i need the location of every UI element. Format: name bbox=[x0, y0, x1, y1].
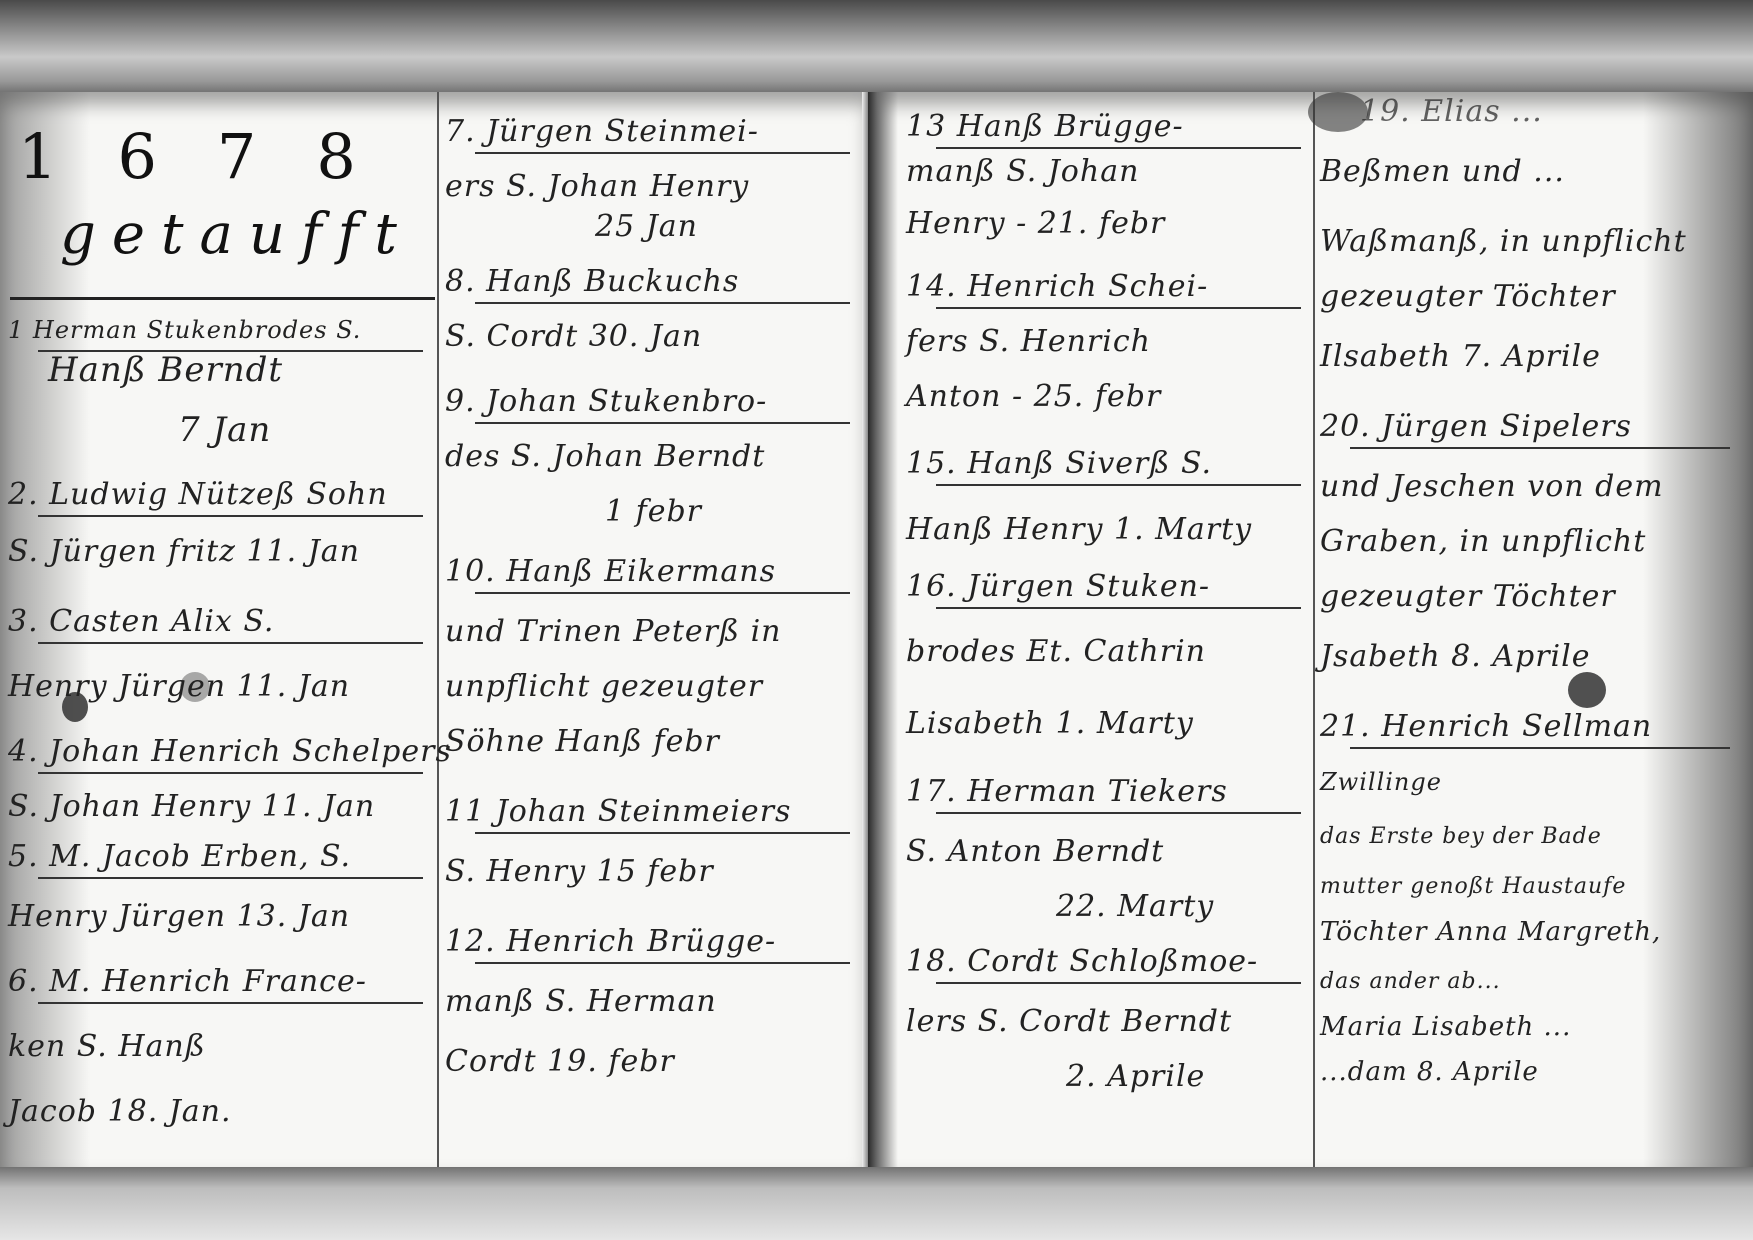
entry-line: gezeugter Töchter bbox=[1320, 277, 1740, 317]
entry-line: des S. Johan Berndt bbox=[445, 437, 860, 477]
entry-line: Hanß Berndt bbox=[8, 350, 433, 390]
entry-line: 10. Hanß Eikermans bbox=[445, 552, 860, 592]
entry-line: 16. Jürgen Stuken- bbox=[906, 567, 1311, 607]
entry-line: 2. Ludwig Nützeß Sohn bbox=[8, 475, 433, 515]
column-rule bbox=[1313, 92, 1315, 1167]
entry-line: Anton - 25. febr bbox=[906, 377, 1311, 417]
entry-line: 5. M. Jacob Erben, S. bbox=[8, 837, 433, 877]
entry-line: Henry - 21. febr bbox=[906, 204, 1311, 244]
entry-line: ken S. Hanß bbox=[8, 1027, 433, 1067]
entry-line: 7. Jürgen Steinmei- bbox=[445, 112, 860, 152]
entry-line: 2. Aprile bbox=[906, 1057, 1311, 1097]
entry-line: 22. Marty bbox=[906, 887, 1311, 927]
entry-line: 11 Johan Steinmeiers bbox=[445, 792, 860, 832]
entry-line: 14. Henrich Schei- bbox=[906, 267, 1311, 307]
entry-line: das Erste bey der Bade bbox=[1320, 817, 1740, 857]
entry-line: 17. Herman Tiekers bbox=[906, 772, 1311, 812]
entry-line: S. Johan Henry 11. Jan bbox=[8, 787, 433, 827]
entry-line: mutter genoßt Haustaufe bbox=[1320, 867, 1740, 907]
entry-line: S. Anton Berndt bbox=[906, 832, 1311, 872]
entry-line: und Jeschen von dem bbox=[1320, 467, 1740, 507]
entry-line: ers S. Johan Henry bbox=[445, 167, 860, 207]
entry-line: manß S. Herman bbox=[445, 982, 860, 1022]
entry-line: manß S. Johan bbox=[906, 152, 1311, 192]
scan-top-border bbox=[0, 0, 1753, 95]
entry-line: Söhne Hanß febr bbox=[445, 722, 860, 762]
entry-line: Graben, in unpflicht bbox=[1320, 522, 1740, 562]
entry-line: brodes Et. Cathrin bbox=[906, 632, 1311, 672]
entry-line: Maria Lisabeth ... bbox=[1320, 1007, 1740, 1047]
entry-line: Henry Jürgen 13. Jan bbox=[8, 897, 433, 937]
entry-line: 8. Hanß Buckuchs bbox=[445, 262, 860, 302]
entry-line: Beßmen und ... bbox=[1320, 152, 1740, 192]
scan-bottom-border bbox=[0, 1160, 1753, 1240]
entry-line: 25 Jan bbox=[445, 207, 860, 247]
entry-line: 1 febr bbox=[445, 492, 860, 532]
entry-line: fers S. Henrich bbox=[906, 322, 1311, 362]
entry-line: S. Henry 15 febr bbox=[445, 852, 860, 892]
entries-column-4: 19. Elias ... Beßmen und ... Waßmanß, in… bbox=[1320, 92, 1740, 1167]
entry-line: 15. Hanß Siverß S. bbox=[906, 444, 1311, 484]
entry-line: 4. Johan Henrich Schelpers bbox=[8, 732, 433, 772]
entries-column-2: 7. Jürgen Steinmei- ers S. Johan Henry 2… bbox=[445, 92, 860, 1167]
entry-line: Zwillinge bbox=[1320, 762, 1740, 802]
entries-column-1: 1 Herman Stukenbrodes S. Hanß Berndt 7 J… bbox=[8, 92, 433, 1167]
entry-line: S. Jürgen fritz 11. Jan bbox=[8, 532, 433, 572]
entry-line: ...dam 8. Aprile bbox=[1320, 1052, 1740, 1092]
entry-line: 19. Elias ... bbox=[1320, 92, 1740, 132]
entry-line: 21. Henrich Sellman bbox=[1320, 707, 1740, 747]
entry-line: und Trinen Peterß in bbox=[445, 612, 860, 652]
entry-line: Töchter Anna Margreth, bbox=[1320, 912, 1740, 952]
entry-line: S. Cordt 30. Jan bbox=[445, 317, 860, 357]
entry-line: Lisabeth 1. Marty bbox=[906, 704, 1311, 744]
entry-line: das ander ab... bbox=[1320, 962, 1740, 1002]
entry-line: Henry Jürgen 11. Jan bbox=[8, 667, 433, 707]
entry-line: lers S. Cordt Berndt bbox=[906, 1002, 1311, 1042]
entry-line: 9. Johan Stukenbro- bbox=[445, 382, 860, 422]
entry-line: 6. M. Henrich France- bbox=[8, 962, 433, 1002]
entry-line: Cordt 19. febr bbox=[445, 1042, 860, 1082]
entry-line: 3. Casten Alix S. bbox=[8, 602, 433, 642]
right-page: 13 Hanß Brügge- manß S. Johan Henry - 21… bbox=[868, 92, 1753, 1167]
entries-column-3: 13 Hanß Brügge- manß S. Johan Henry - 21… bbox=[906, 92, 1311, 1167]
entry-line: Ilsabeth 7. Aprile bbox=[1320, 337, 1740, 377]
entry-line: 7 Jan bbox=[8, 410, 433, 450]
entry-line: Waßmanß, in unpflicht bbox=[1320, 222, 1740, 262]
entry-line: 18. Cordt Schloßmoe- bbox=[906, 942, 1311, 982]
entry-line: 12. Henrich Brügge- bbox=[445, 922, 860, 962]
entry-line: gezeugter Töchter bbox=[1320, 577, 1740, 617]
entry-line: unpflicht gezeugter bbox=[445, 667, 860, 707]
entry-line: Hanß Henry 1. Marty bbox=[906, 510, 1311, 550]
entry-line: 1 Herman Stukenbrodes S. bbox=[8, 310, 433, 350]
left-page: 1678 getaufft 1 Herman Stukenbrodes S. H… bbox=[0, 92, 868, 1167]
entry-line: Jacob 18. Jan. bbox=[8, 1092, 433, 1132]
column-rule bbox=[437, 92, 439, 1167]
entry-line: 13 Hanß Brügge- bbox=[906, 107, 1311, 147]
gutter-shadow bbox=[868, 92, 898, 1167]
entry-line: Jsabeth 8. Aprile bbox=[1320, 637, 1740, 677]
entry-line: 20. Jürgen Sipelers bbox=[1320, 407, 1740, 447]
